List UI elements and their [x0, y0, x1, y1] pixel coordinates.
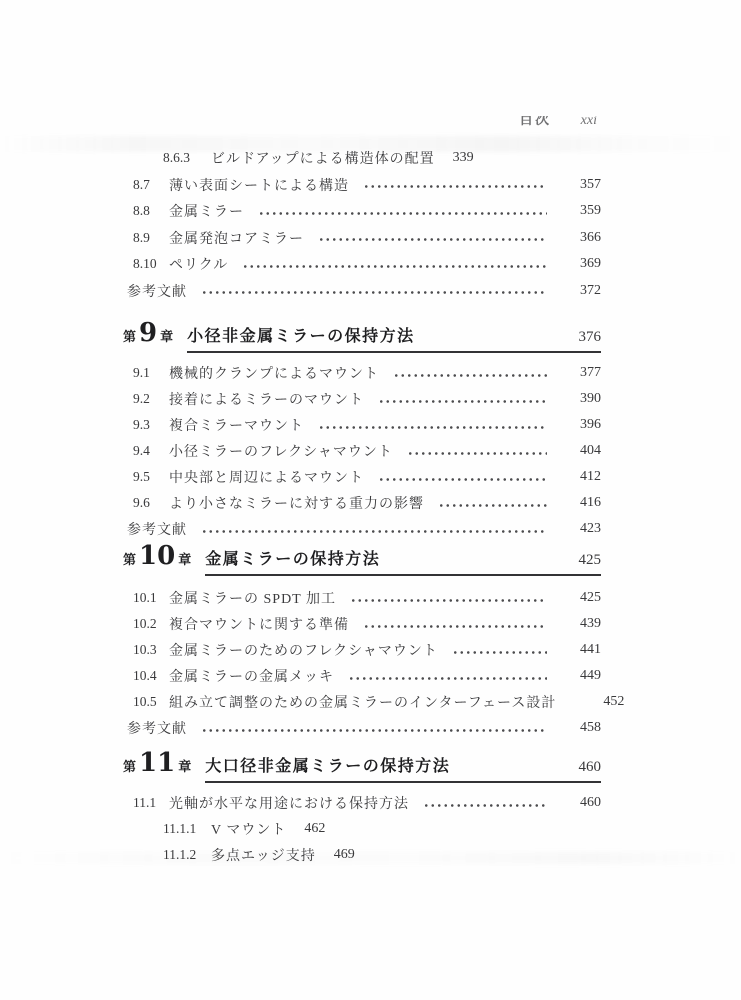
section-title: 金属発泡コアミラー — [169, 228, 304, 248]
page-number: 441 — [557, 642, 601, 658]
chapter-9-entries: 9.1 機械的クランプによるマウント 377 9.2 接着によるミラーのマウント… — [123, 360, 601, 542]
section-title: 接着によるミラーのマウント — [169, 389, 364, 409]
chapter-suffix: 章 — [178, 759, 191, 774]
dot-leader — [378, 397, 547, 406]
toc-entry-row: 9.2 接着によるミラーのマウント 390 — [123, 386, 601, 412]
section-number: 11.1.1 — [163, 821, 211, 837]
section-number: 10.3 — [133, 642, 169, 658]
section-title: 参考文献 — [127, 281, 187, 301]
toc-entry-row: 9.3 複合ミラーマウント 396 — [123, 412, 601, 438]
chapter-number-label: 第10章 — [123, 541, 191, 571]
toc-entry-row: 8.6.3 ビルドアップによる構造体の配置 339 — [123, 145, 601, 172]
section-number: 10.1 — [133, 590, 169, 606]
chapter-title: 小径非金属ミラーの保持方法 — [187, 323, 415, 346]
page-number: 462 — [304, 821, 325, 837]
page-number: 452 — [580, 694, 624, 710]
chapter-number: 9 — [136, 318, 160, 348]
dot-leader — [393, 371, 547, 380]
page-number: 416 — [557, 495, 601, 511]
section-number: 9.6 — [133, 495, 169, 511]
dot-leader — [378, 475, 547, 484]
toc-entry-row: 9.1 機械的クランプによるマウント 377 — [123, 360, 601, 386]
dot-leader — [363, 182, 547, 191]
section-number: 11.1 — [133, 795, 169, 811]
section-title: 金属ミラーの SPDT 加工 — [169, 588, 336, 608]
chapter-suffix: 章 — [178, 552, 191, 567]
dot-leader — [201, 288, 547, 297]
chapter-prefix: 第 — [123, 552, 136, 567]
section-number: 9.1 — [133, 365, 169, 381]
chapter-heading-10: 第10章 金属ミラーの保持方法 425 — [123, 541, 601, 576]
toc-entry-row: 11.1 光軸が水平な用途における保持方法 460 — [123, 790, 601, 816]
section-number: 8.8 — [133, 203, 169, 219]
section-title: 複合マウントに関する準備 — [169, 614, 349, 634]
chapter-page-number: 425 — [579, 552, 602, 569]
page-number: 404 — [557, 443, 601, 459]
chapter-title-rule: 金属ミラーの保持方法 425 — [205, 546, 601, 576]
section-number: 8.6.3 — [163, 150, 211, 166]
section-title: 多点エッジ支持 — [211, 845, 316, 865]
section-title: ペリクル — [169, 254, 228, 274]
dot-leader — [201, 726, 547, 735]
page-number: 359 — [557, 203, 601, 219]
section-number: 10.2 — [133, 616, 169, 632]
section-title: 参考文献 — [127, 519, 187, 539]
toc-entry-row: 10.3 金属ミラーのためのフレクシャマウント 441 — [123, 637, 601, 663]
toc-entry-row: 8.7 薄い表面シートによる構造 357 — [123, 172, 601, 199]
chapter-11-entries: 11.1 光軸が水平な用途における保持方法 460 11.1.1 V マウント … — [123, 790, 601, 868]
section-title: 参考文献 — [127, 718, 187, 738]
dot-leader — [438, 501, 547, 510]
dot-leader — [350, 596, 547, 605]
section-title: 光軸が水平な用途における保持方法 — [169, 793, 409, 813]
section-number: 9.2 — [133, 391, 169, 407]
section-title: 小径ミラーのフレクシャマウント — [169, 441, 393, 461]
section-title: V マウント — [211, 819, 286, 839]
dot-leader — [258, 209, 547, 218]
section-number: 11.1.2 — [163, 847, 211, 863]
dot-leader — [201, 527, 547, 536]
toc-entry-row: 9.5 中央部と周辺によるマウント 412 — [123, 464, 601, 490]
toc-header-page-marker: xxi — [581, 116, 597, 128]
scanned-toc-page: 目次 xxi 8.6.3 ビルドアップによる構造体の配置 339 8.7 薄い表… — [0, 0, 741, 1000]
chapter-number-label: 第9章 — [123, 318, 173, 348]
chapter-title: 金属ミラーの保持方法 — [205, 546, 380, 569]
dot-leader — [407, 449, 547, 458]
dot-leader — [423, 801, 547, 810]
page-number: 439 — [557, 616, 601, 632]
page-number: 425 — [557, 590, 601, 606]
toc-entry-row: 8.9 金属発泡コアミラー 366 — [123, 225, 601, 252]
toc-references-row: 参考文献 458 — [123, 715, 601, 741]
dot-leader — [452, 648, 547, 657]
dot-leader — [242, 262, 547, 271]
chapter-heading-11: 第11章 大口径非金属ミラーの保持方法 460 — [123, 748, 601, 783]
chapter-number: 11 — [136, 748, 178, 778]
page-number: 412 — [557, 469, 601, 485]
chapter-prefix: 第 — [123, 329, 136, 344]
section-title: 中央部と周辺によるマウント — [169, 467, 364, 487]
toc-header-label: 目次 — [519, 116, 551, 128]
section-title: 組み立て調整のための金属ミラーのインターフェース設計 — [169, 692, 556, 712]
running-header: 目次 xxi — [123, 116, 601, 135]
section-title: 複合ミラーマウント — [169, 415, 304, 435]
section-title: 金属ミラーの金属メッキ — [169, 666, 334, 686]
dot-leader — [318, 423, 547, 432]
section-title: ビルドアップによる構造体の配置 — [211, 148, 435, 168]
page-number: 377 — [557, 365, 601, 381]
chapter-10-entries: 10.1 金属ミラーの SPDT 加工 425 10.2 複合マウントに関する準… — [123, 585, 601, 741]
page-number: 423 — [557, 521, 601, 537]
section-title: 金属ミラーのためのフレクシャマウント — [169, 640, 438, 660]
chapter-number-label: 第11章 — [123, 748, 191, 778]
section-number: 10.4 — [133, 668, 169, 684]
page-number: 357 — [557, 177, 601, 193]
toc-entry-row: 9.6 より小さなミラーに対する重力の影響 416 — [123, 490, 601, 516]
page-number: 458 — [557, 720, 601, 736]
section-title: 薄い表面シートによる構造 — [169, 175, 349, 195]
chapter-8-entries: 8.6.3 ビルドアップによる構造体の配置 339 8.7 薄い表面シートによる… — [123, 145, 601, 304]
page-number: 339 — [453, 150, 474, 166]
dot-leader — [363, 622, 547, 631]
page-number: 369 — [557, 256, 601, 272]
chapter-suffix: 章 — [160, 329, 173, 344]
chapter-page-number: 376 — [579, 329, 602, 346]
section-title: 機械的クランプによるマウント — [169, 363, 379, 383]
section-number: 8.9 — [133, 230, 169, 246]
running-header-clipline: 目次 xxi — [519, 116, 601, 129]
toc-references-row: 参考文献 372 — [123, 278, 601, 305]
toc-entry-row: 9.4 小径ミラーのフレクシャマウント 404 — [123, 438, 601, 464]
chapter-heading-9: 第9章 小径非金属ミラーの保持方法 376 — [123, 318, 601, 353]
toc-entry-row: 10.4 金属ミラーの金属メッキ 449 — [123, 663, 601, 689]
toc-entry-row: 8.8 金属ミラー 359 — [123, 198, 601, 225]
toc-entry-row: 10.5 組み立て調整のための金属ミラーのインターフェース設計 452 — [123, 689, 601, 715]
toc-entry-row: 10.2 複合マウントに関する準備 439 — [123, 611, 601, 637]
section-title: 金属ミラー — [169, 201, 244, 221]
page-number: 449 — [557, 668, 601, 684]
toc-references-row: 参考文献 423 — [123, 516, 601, 542]
dot-leader — [318, 235, 547, 244]
page-number: 390 — [557, 391, 601, 407]
page-number: 366 — [557, 230, 601, 246]
section-number: 9.4 — [133, 443, 169, 459]
section-title: より小さなミラーに対する重力の影響 — [169, 493, 424, 513]
section-number: 10.5 — [133, 694, 169, 710]
section-number: 9.3 — [133, 417, 169, 433]
chapter-title-rule: 大口径非金属ミラーの保持方法 460 — [205, 753, 601, 783]
toc-entry-row: 11.1.1 V マウント 462 — [123, 816, 601, 842]
toc-entry-row: 8.10 ペリクル 369 — [123, 251, 601, 278]
section-number: 9.5 — [133, 469, 169, 485]
toc-entry-row: 10.1 金属ミラーの SPDT 加工 425 — [123, 585, 601, 611]
chapter-page-number: 460 — [579, 759, 602, 776]
chapter-prefix: 第 — [123, 759, 136, 774]
page-number: 469 — [334, 847, 355, 863]
section-number: 8.7 — [133, 177, 169, 193]
section-number: 8.10 — [133, 256, 169, 272]
toc-entry-row: 11.1.2 多点エッジ支持 469 — [123, 842, 601, 868]
chapter-title: 大口径非金属ミラーの保持方法 — [205, 753, 450, 776]
dot-leader — [348, 674, 547, 683]
page-number: 372 — [557, 283, 601, 299]
page-number: 396 — [557, 417, 601, 433]
chapter-title-rule: 小径非金属ミラーの保持方法 376 — [187, 323, 601, 353]
page-number: 460 — [557, 795, 601, 811]
chapter-number: 10 — [136, 541, 178, 571]
